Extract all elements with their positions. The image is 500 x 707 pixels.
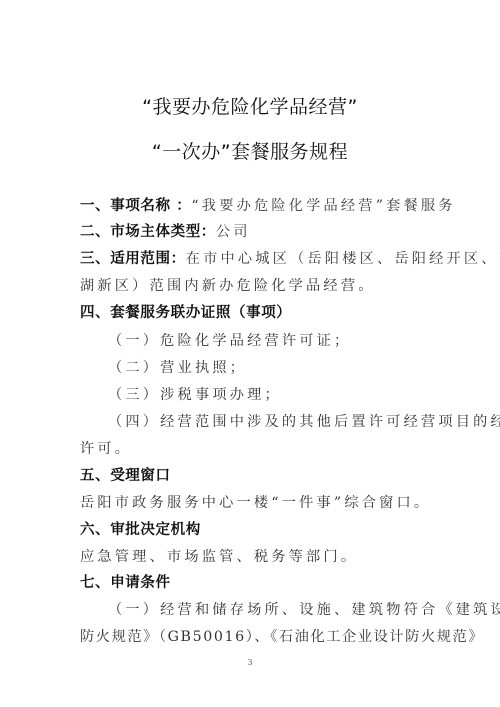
document-title-line-1: “我要办危险化学品经营” (0, 92, 500, 119)
list-item: （二）营业执照； (108, 358, 458, 378)
list-item: （一）经营和储存场所、设施、建筑物符合《建筑设计 (108, 600, 458, 620)
section-text: 岳阳市政务服务中心一楼“一件事”综合窗口。 (80, 493, 430, 513)
section-item-name: 一、事项名称 ：“我要办危险化学品经营”套餐服务 (80, 196, 430, 216)
section-separator: ： (171, 198, 192, 214)
section-heading: 一、事项名称 (80, 198, 171, 214)
list-item-continuation: 防火规范》（GB50016）、《石油化工企业设计防火规范》 (80, 627, 430, 647)
section-text: 在市中心城区（岳阳楼区、岳阳经开区、南 (186, 251, 500, 267)
section-text: “我要办危险化学品经营”套餐服务 (191, 198, 455, 214)
section-package-licenses: 四、套餐服务联办证照（事项） (80, 303, 430, 323)
list-item-continuation: 许可。 (80, 439, 430, 459)
section-heading: 三、适用范围： (80, 251, 186, 267)
section-approval-authority: 六、审批决定机构 (80, 520, 430, 540)
section-scope: 三、适用范围：在市中心城区（岳阳楼区、岳阳经开区、南 (80, 249, 430, 269)
section-entity-type: 二、市场主体类型：公司 (80, 222, 430, 242)
section-text: 应急管理、市场监管、税务等部门。 (80, 547, 430, 567)
section-text: 公司 (216, 224, 251, 240)
document-page: “我要办危险化学品经营” “一次办”套餐服务规程 一、事项名称 ：“我要办危险化… (0, 0, 500, 707)
section-heading: 七、申请条件 (80, 575, 171, 591)
section-heading: 二、市场主体类型： (80, 224, 216, 240)
list-item: （一）危险化学品经营许可证； (108, 331, 458, 351)
section-heading: 四、套餐服务联办证照（事项） (80, 305, 291, 321)
section-heading: 五、受理窗口 (80, 468, 171, 484)
list-item: （四）经营范围中涉及的其他后置许可经营项目的经营 (108, 412, 458, 432)
list-item: （三）涉税事项办理； (108, 385, 458, 405)
section-heading: 六、审批决定机构 (80, 522, 201, 538)
section-scope-continuation: 湖新区）范围内新办危险化学品经营。 (80, 276, 430, 296)
document-title-line-2: “一次办”套餐服务规程 (0, 137, 500, 164)
section-acceptance-window: 五、受理窗口 (80, 466, 430, 486)
page-number: 3 (0, 658, 500, 667)
section-application-conditions: 七、申请条件 (80, 573, 430, 593)
